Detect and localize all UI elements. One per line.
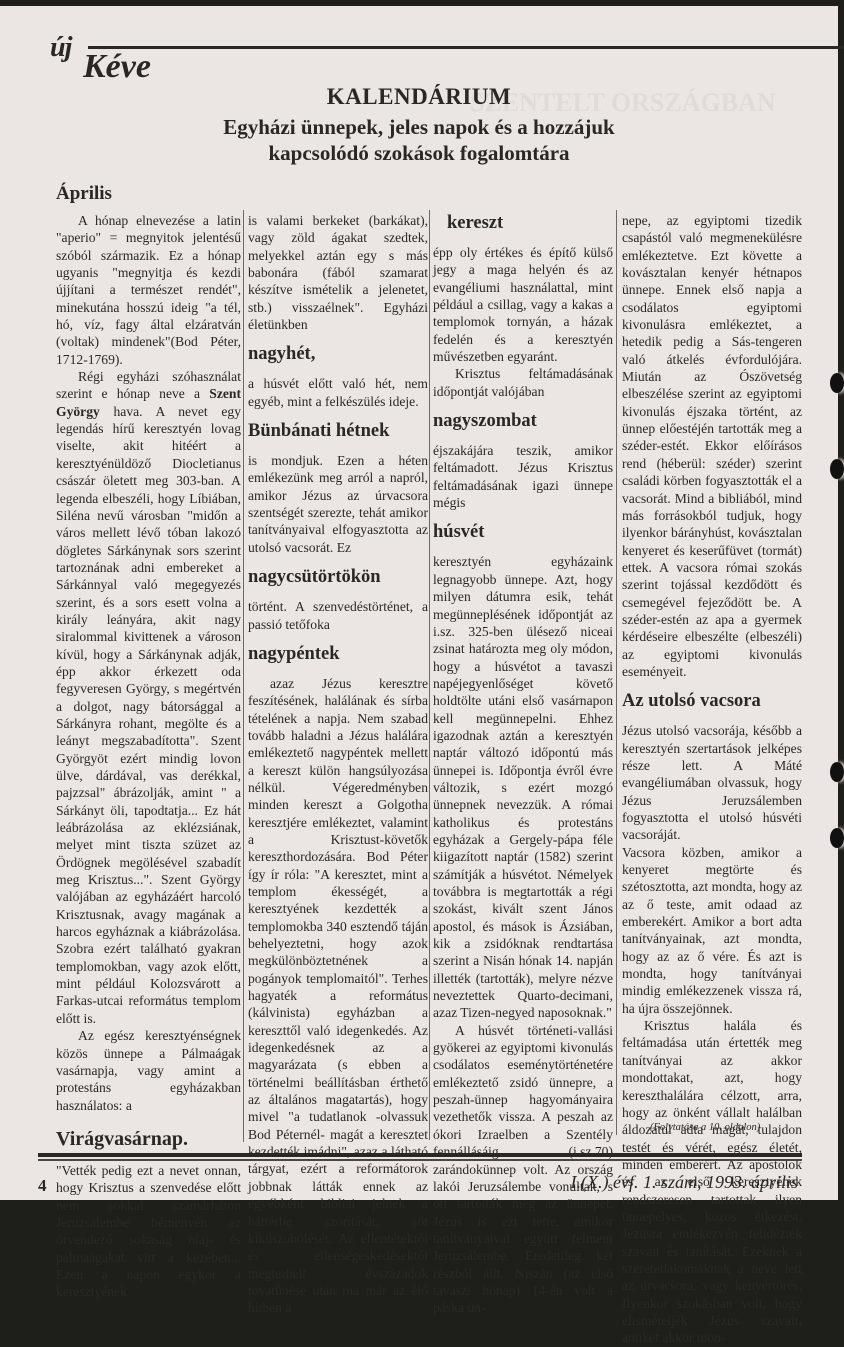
text-run: hava. A nevet egy legendás hírű kereszty… — [56, 404, 241, 1026]
section-heading: kereszt — [433, 212, 613, 234]
newspaper-page: SZENTELT ORSZÁGBAN új Kéve KALENDÁRIUM E… — [0, 6, 838, 1200]
paragraph: keresztyén egyházaink legnagyobb ünnepe.… — [433, 553, 613, 1021]
paragraph: A hónap elnevezése a latin "aperio" = me… — [56, 212, 241, 368]
masthead-keve: Kéve — [83, 48, 151, 86]
column-1: A hónap elnevezése a latin "aperio" = me… — [56, 212, 241, 1142]
paragraph: a húsvét előtt való hét, nem egyéb, mint… — [248, 375, 428, 410]
binder-hole — [830, 762, 844, 782]
continuation-note: (Folytatása a 10. oldalon) — [650, 1122, 760, 1133]
paragraph: Jézus utolsó vacsorája, később a kereszt… — [622, 722, 802, 843]
column-3: kereszt épp oly értékes és építő külső j… — [433, 212, 613, 1142]
section-heading: Bünbánati hétnek — [248, 420, 428, 442]
paragraph: éjszakájára teszik, amikor feltámadott. … — [433, 442, 613, 511]
masthead: új Kéve — [50, 26, 810, 86]
paragraph: nepe, az egyiptomi tizedik csapástól val… — [622, 212, 802, 680]
binder-hole — [830, 828, 844, 848]
paragraph: azaz Jézus keresztre feszítésének, halál… — [248, 675, 428, 1200]
section-heading: nagyhét, — [248, 343, 428, 365]
column-divider — [243, 210, 244, 1142]
section-heading: Az utolsó vacsora — [622, 690, 802, 712]
section-heading: nagypéntek — [248, 643, 428, 665]
paragraph: Krisztus feltámadásának időpontját valój… — [433, 365, 613, 400]
paragraph: épp oly értékes és építő külső jegy a ma… — [433, 244, 613, 365]
issue-info: I.(X.) évf. 1. szám, 1993. április — [571, 1172, 798, 1193]
paragraph: történt. A szenvedéstörténet, a passió t… — [248, 598, 428, 633]
binder-hole — [830, 373, 844, 393]
section-heading: nagycsütörtökön — [248, 566, 428, 588]
paragraph: is mondjuk. Ezen a héten emlékezünk meg … — [248, 452, 428, 556]
page-number: 4 — [38, 1176, 47, 1196]
masthead-rule — [88, 46, 844, 49]
subtitle-line-2: kapcsolódó szokások fogalomtára — [0, 140, 838, 166]
paragraph: is valami berkeket (barkákat), vagy zöld… — [248, 212, 428, 333]
section-heading: húsvét — [433, 521, 613, 543]
section-heading: nagyszombat — [433, 410, 613, 432]
month-heading: Április — [56, 183, 112, 205]
paragraph: Az egész keresztyénségnek közös ünnepe a… — [56, 1027, 241, 1114]
paragraph: Régi egyházi szóhasználat szerint e hóna… — [56, 368, 241, 1027]
column-4: nepe, az egyiptomi tizedik csapástól val… — [622, 212, 802, 1142]
section-heading: Virágvasárnap. — [56, 1128, 241, 1150]
footer-rule — [38, 1159, 802, 1161]
column-divider — [429, 210, 430, 1140]
article-title: KALENDÁRIUM — [0, 84, 838, 110]
masthead-uj: új — [50, 32, 71, 64]
footer-rule — [38, 1153, 802, 1157]
column-2: is valami berkeket (barkákat), vagy zöld… — [248, 212, 428, 1142]
subtitle-line-1: Egyházi ünnepek, jeles napok és a hozzáj… — [0, 114, 838, 140]
column-divider — [616, 210, 617, 1135]
binder-hole — [830, 459, 844, 479]
article-subtitle: Egyházi ünnepek, jeles napok és a hozzáj… — [0, 114, 838, 166]
paragraph: Vacsora közben, amikor a kenyeret megtör… — [622, 844, 802, 1017]
paragraph: "Vették pedig ezt a nevet onnan, hogy Kr… — [56, 1162, 241, 1200]
